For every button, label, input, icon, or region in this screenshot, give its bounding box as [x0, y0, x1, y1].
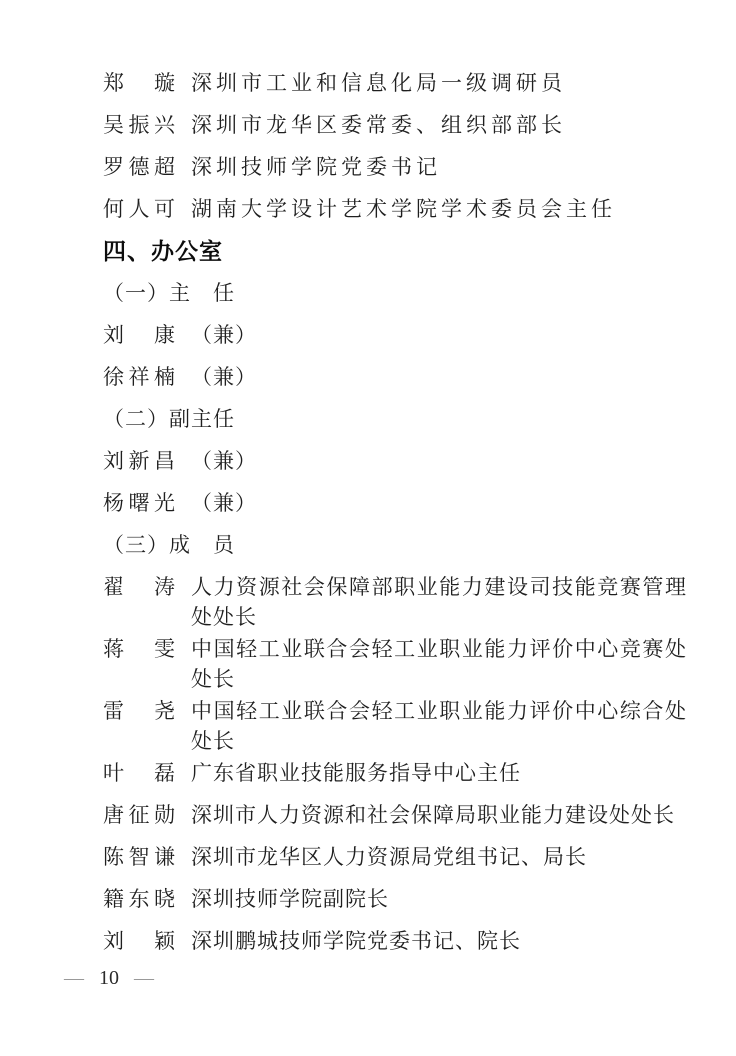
subsection-label-members: （三）成 员 — [103, 530, 687, 560]
roster-entry: 郑 璇 深圳市工业和信息化局一级调研员 — [103, 68, 687, 98]
section-heading: 四、办公室 — [103, 236, 687, 266]
member-entry: 陈智谦 深圳市龙华区人力资源局党组书记、局长 — [103, 842, 687, 872]
person-name: 刘新昌 — [103, 446, 175, 476]
concurrent-note: （兼） — [191, 362, 257, 392]
person-title: 人力资源社会保障部职业能力建设司技能竞赛管理处处长 — [191, 572, 687, 632]
person-title: 深圳市龙华区人力资源局党组书记、局长 — [191, 842, 687, 872]
member-entry: 刘 颖 深圳鹏城技师学院党委书记、院长 — [103, 926, 687, 956]
page-footer: — 10 — — [64, 966, 154, 990]
subsection-label-deputy-director: （二）副主任 — [103, 404, 687, 434]
person-name: 何人可 — [103, 194, 175, 224]
roster-entry: 罗德超 深圳技师学院党委书记 — [103, 152, 687, 182]
footer-dash-right: — — [134, 966, 154, 990]
person-title: 湖南大学设计艺术学院学术委员会主任 — [191, 194, 687, 224]
person-title: 深圳技师学院副院长 — [191, 884, 687, 914]
person-name: 吴振兴 — [103, 110, 175, 140]
person-name: 蒋 雯 — [103, 634, 175, 664]
person-name: 翟 涛 — [103, 572, 175, 602]
subsection-label-director: （一）主 任 — [103, 278, 687, 308]
member-entry: 雷 尧 中国轻工业联合会轻工业职业能力评价中心综合处处长 — [103, 696, 687, 756]
member-entry: 翟 涛 人力资源社会保障部职业能力建设司技能竞赛管理处处长 — [103, 572, 687, 632]
concurrent-note: （兼） — [191, 446, 257, 476]
person-name: 籍东晓 — [103, 884, 175, 914]
member-entry: 叶 磊 广东省职业技能服务指导中心主任 — [103, 758, 687, 788]
roster-entry: 吴振兴 深圳市龙华区委常委、组织部部长 — [103, 110, 687, 140]
member-entry: 刘新昌 （兼） — [103, 446, 687, 476]
document-page: 郑 璇 深圳市工业和信息化局一级调研员 吴振兴 深圳市龙华区委常委、组织部部长 … — [0, 0, 736, 1056]
concurrent-note: （兼） — [191, 320, 257, 350]
person-title: 中国轻工业联合会轻工业职业能力评价中心竞赛处处长 — [191, 634, 687, 694]
person-title: 中国轻工业联合会轻工业职业能力评价中心综合处处长 — [191, 696, 687, 756]
person-name: 唐征勋 — [103, 800, 175, 830]
member-entry: 籍东晓 深圳技师学院副院长 — [103, 884, 687, 914]
member-entry: 唐征勋 深圳市人力资源和社会保障局职业能力建设处处长 — [103, 800, 687, 830]
footer-dash-left: — — [64, 966, 84, 990]
roster-entry: 何人可 湖南大学设计艺术学院学术委员会主任 — [103, 194, 687, 224]
person-name: 杨曙光 — [103, 488, 175, 518]
person-title: 深圳技师学院党委书记 — [191, 152, 687, 182]
person-name: 刘 康 — [103, 320, 175, 350]
member-entry: 徐祥楠 （兼） — [103, 362, 687, 392]
person-title: 深圳鹏城技师学院党委书记、院长 — [191, 926, 687, 956]
person-name: 雷 尧 — [103, 696, 175, 726]
person-name: 郑 璇 — [103, 68, 175, 98]
person-title: 深圳市人力资源和社会保障局职业能力建设处处长 — [191, 800, 687, 830]
member-entry: 蒋 雯 中国轻工业联合会轻工业职业能力评价中心竞赛处处长 — [103, 634, 687, 694]
person-title: 深圳市龙华区委常委、组织部部长 — [191, 110, 687, 140]
person-name: 罗德超 — [103, 152, 175, 182]
member-entry: 杨曙光 （兼） — [103, 488, 687, 518]
person-name: 叶 磊 — [103, 758, 175, 788]
document-content: 郑 璇 深圳市工业和信息化局一级调研员 吴振兴 深圳市龙华区委常委、组织部部长 … — [103, 68, 687, 968]
person-title: 深圳市工业和信息化局一级调研员 — [191, 68, 687, 98]
person-name: 徐祥楠 — [103, 362, 175, 392]
member-entry: 刘 康 （兼） — [103, 320, 687, 350]
page-number: 10 — [99, 966, 119, 990]
person-title: 广东省职业技能服务指导中心主任 — [191, 758, 687, 788]
person-name: 刘 颖 — [103, 926, 175, 956]
concurrent-note: （兼） — [191, 488, 257, 518]
person-name: 陈智谦 — [103, 842, 175, 872]
